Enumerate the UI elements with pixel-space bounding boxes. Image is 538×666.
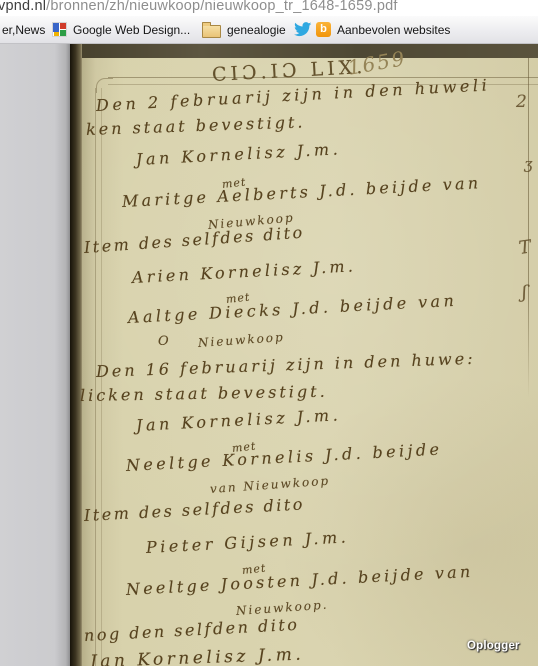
bookmarks-bar: er,News Google Web Design... genealogie …	[0, 16, 538, 44]
bookmark-label: Google Web Design...	[73, 23, 190, 37]
bookmark-label: Aanbevolen websites	[337, 23, 450, 37]
column-divider-rule	[528, 58, 529, 398]
url-text: vpnd.nl/bronnen/zh/nieuwkoop/nieuwkoop_t…	[0, 0, 398, 14]
url-path: /bronnen/zh/nieuwkoop/nieuwkoop_tr_1648-…	[46, 0, 397, 14]
book-binding-edge	[70, 44, 82, 666]
bookmark-label: genealogie	[227, 23, 286, 37]
google-icon	[52, 22, 67, 37]
url-domain: vpnd.nl	[0, 0, 46, 14]
bookmark-google-web-design[interactable]: Google Web Design...	[52, 16, 190, 43]
bookmark-genealogie[interactable]: genealogie	[202, 16, 286, 43]
ruled-frame-top	[108, 77, 538, 85]
browser-window: vpnd.nl/bronnen/zh/nieuwkoop/nieuwkoop_t…	[0, 0, 538, 666]
bookmark-aanbevolen-websites[interactable]: b Aanbevolen websites	[316, 16, 450, 43]
bing-icon: b	[316, 22, 331, 37]
bookmark-twitter[interactable]	[293, 16, 312, 43]
ruled-frame-left	[95, 88, 102, 666]
pdf-viewer	[0, 44, 538, 666]
bookmark-news[interactable]: er,News	[2, 16, 45, 43]
watermark: Oplogger	[467, 640, 520, 652]
url-bar[interactable]: vpnd.nl/bronnen/zh/nieuwkoop/nieuwkoop_t…	[0, 0, 538, 16]
scanned-register-page	[70, 44, 538, 666]
page-top-edge	[70, 44, 538, 59]
bookmark-label: er,News	[2, 23, 45, 37]
parchment-page	[82, 58, 538, 666]
folder-icon	[202, 25, 221, 38]
pdf-background	[0, 44, 70, 666]
twitter-icon	[293, 22, 312, 37]
